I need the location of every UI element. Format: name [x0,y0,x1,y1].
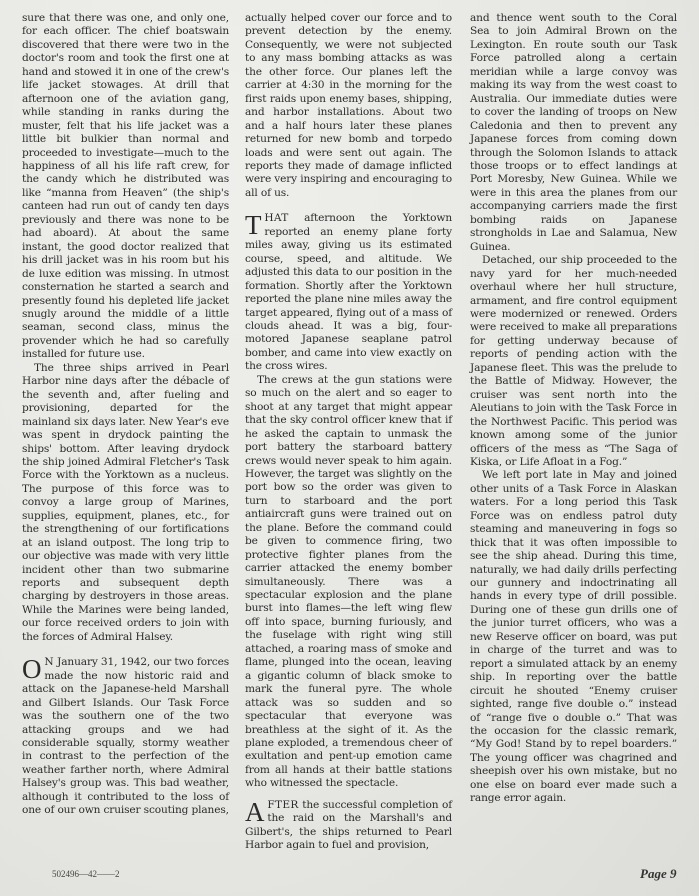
paragraph: sure that there was one, and only one, f… [22,12,229,362]
drop-cap: T [245,213,261,237]
drop-cap: A [245,800,264,824]
text-column-1: sure that there was one, and only one, f… [22,12,229,818]
page-number: Page 9 [640,866,676,882]
drop-cap: O [22,657,41,681]
paragraph-body: afternoon the Yorktown reported an enemy… [245,212,452,372]
text-column-2: actually helped cover our force and to p… [245,12,452,853]
paragraph: The crews at the gun stations were so mu… [245,374,452,791]
paragraph: actually helped cover our force and to p… [245,12,452,200]
print-code: 502496—42——2 [52,869,120,879]
lead-in: N [44,656,54,668]
paragraph: Detached, our ship proceeded to the navy… [470,254,677,469]
lead-in: FTER [267,799,298,811]
section-paragraph: ON January 31, 1942, our two forces made… [22,656,229,817]
paragraph-body: January 31, 1942, our two forces made th… [22,656,229,816]
paragraph: We left port late in May and joined othe… [470,469,677,805]
section-paragraph: AFTER the successful completion of the r… [245,799,452,853]
section-paragraph: THAT afternoon the Yorktown reported an … [245,212,452,373]
paragraph: The three ships arrived in Pearl Harbor … [22,362,229,645]
paragraph: and thence went south to the Coral Sea t… [470,12,677,254]
text-column-3: and thence went south to the Coral Sea t… [470,12,677,806]
lead-in: HAT [264,212,288,224]
